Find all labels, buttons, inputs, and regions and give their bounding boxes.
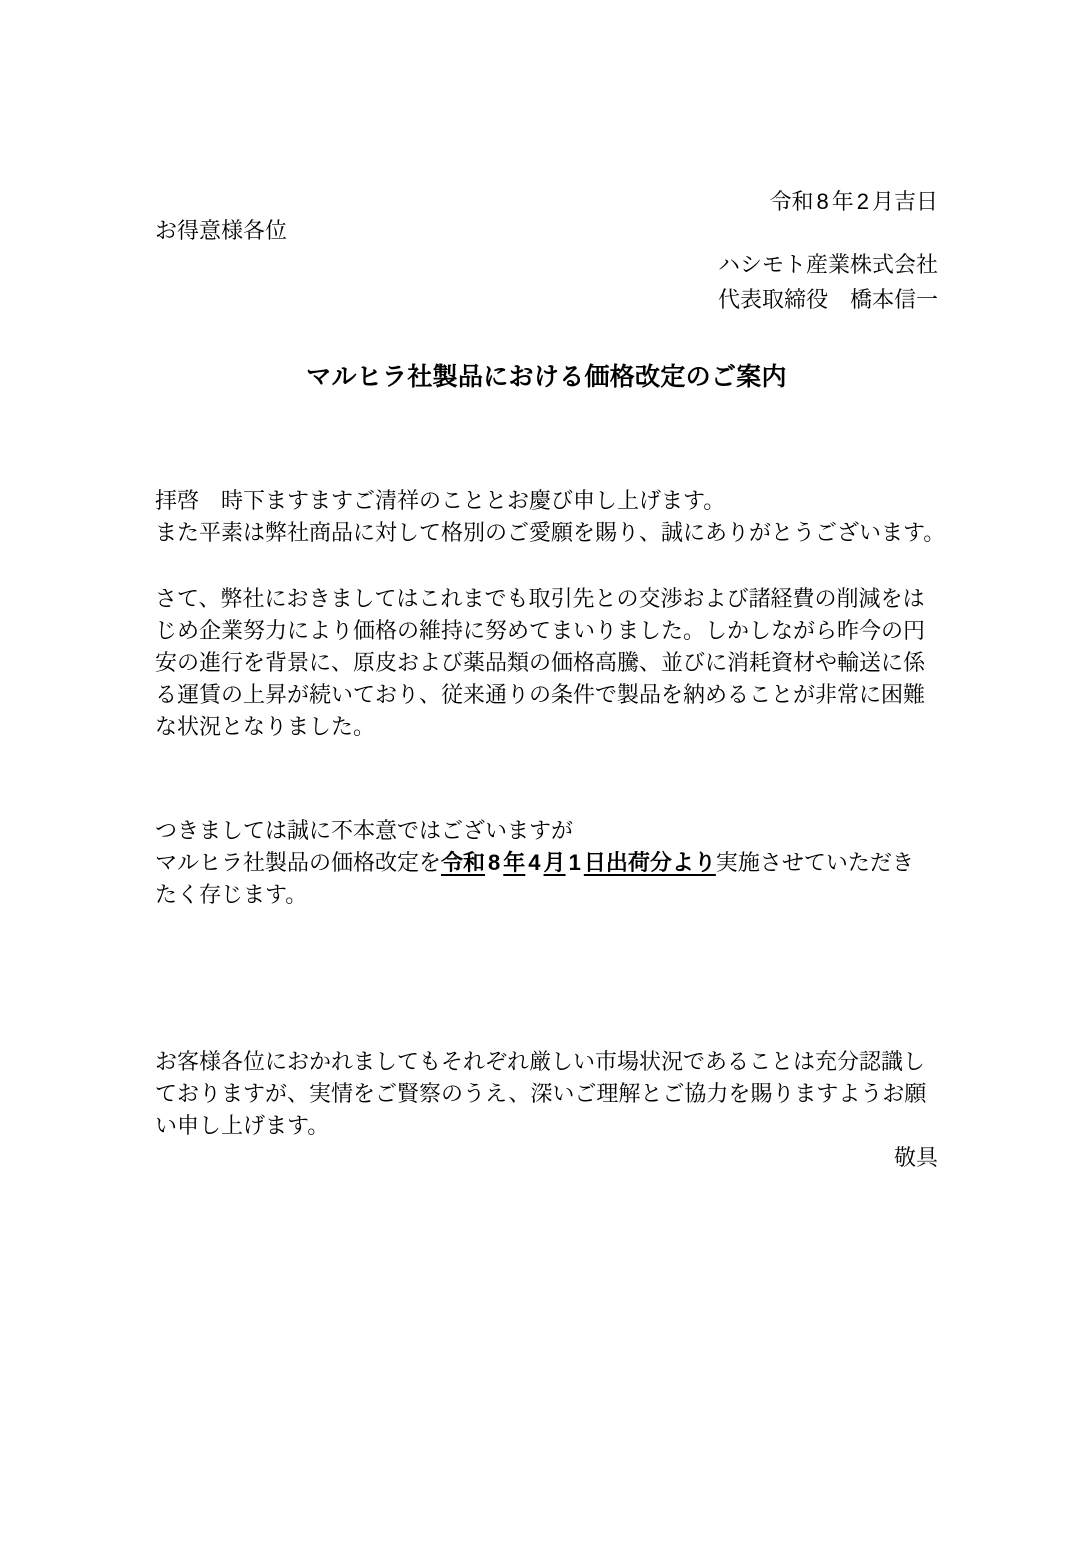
paragraph-announcement: つきましては誠に不本意ではございますが マルヒラ社製品の価格改定を令和8年4月1… <box>155 815 938 911</box>
paragraph-greeting: 拝啓 時下ますますご清祥のこととお慶び申し上げます。 また平素は弊社商品に対して… <box>155 485 938 549</box>
request-line-1: お客様各位におかれましてもそれぞれ厳しい市場状況であることは充分認識し <box>155 1046 938 1078</box>
greeting-line-1: 拝啓 時下ますますご清祥のこととお慶び申し上げます。 <box>155 485 938 517</box>
request-line-3: い申し上げます。 <box>155 1110 938 1142</box>
announcement-line-2-before: マルヒラ社製品の価格改定を <box>155 850 441 875</box>
background-line-4: る運賃の上昇が続いており、従来通りの条件で製品を納めることが非常に困難 <box>155 679 938 711</box>
sender-representative: 代表取締役 橋本信一 <box>155 284 938 316</box>
paragraph-background: さて、弊社におきましてはこれまでも取引先との交渉および諸経費の削減をは じめ企業… <box>155 583 938 743</box>
effective-date-emphasis: 令和8年4月1日出荷分より <box>441 850 716 875</box>
background-line-1: さて、弊社におきましてはこれまでも取引先との交渉および諸経費の削減をは <box>155 583 938 615</box>
announcement-line-3: たく存じます。 <box>155 879 938 911</box>
paragraph-request: お客様各位におかれましてもそれぞれ厳しい市場状況であることは充分認識し ておりま… <box>155 1046 938 1142</box>
background-line-2: じめ企業努力により価格の維持に努めてまいりました。しかしながら昨今の円 <box>155 615 938 647</box>
letter-recipient: お得意様各位 <box>155 215 938 247</box>
letter-page: 令和8年2月吉日 お得意様各位 ハシモト産業株式会社 代表取締役 橋本信一 マル… <box>0 0 1091 1543</box>
greeting-line-2: また平素は弊社商品に対して格別のご愛願を賜り、誠にありがとうございます。 <box>155 517 938 549</box>
background-line-5: な状況となりました。 <box>155 711 938 743</box>
announcement-line-2: マルヒラ社製品の価格改定を令和8年4月1日出荷分より実施させていただき <box>155 847 938 879</box>
sender-company: ハシモト産業株式会社 <box>155 249 938 281</box>
announcement-line-2-after: 実施させていただき <box>716 850 914 875</box>
letter-date: 令和8年2月吉日 <box>155 186 938 218</box>
background-line-3: 安の進行を背景に、原皮および薬品類の価格高騰、並びに消耗資材や輸送に係 <box>155 647 938 679</box>
request-line-2: ておりますが、実情をご賢察のうえ、深いご理解とご協力を賜りますようお願 <box>155 1078 938 1110</box>
announcement-line-1: つきましては誠に不本意ではございますが <box>155 815 938 847</box>
letter-closing: 敬具 <box>155 1142 938 1174</box>
letter-title: マルヒラ社製品における価格改定のご案内 <box>155 359 938 395</box>
